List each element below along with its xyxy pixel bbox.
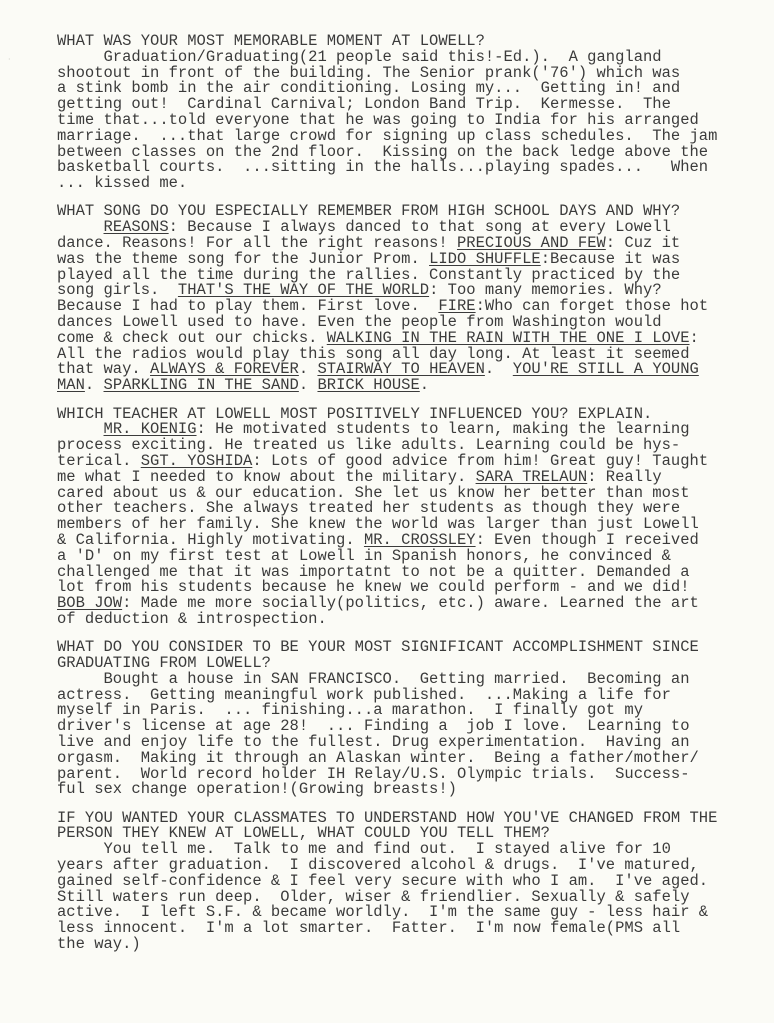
answer-text: the way.) [57,935,141,953]
section-significant-accomplishment: WHAT DO YOU CONSIDER TO BE YOUR MOST SIG… [57,640,747,798]
margin-speck: ‧ [8,55,12,61]
answer-line: ful sex change operation!(Growing breast… [57,782,747,798]
answer-text: . [85,376,104,394]
answer-text: ful sex change operation!(Growing breast… [57,780,457,798]
answer-line: less innocent. I'm a lot smarter. Fatter… [57,921,747,937]
answer-text: ... kissed me. [57,174,187,192]
answer-text: . [420,376,429,394]
section-how-changed: IF YOU WANTED YOUR CLASSMATES TO UNDERST… [57,811,747,953]
answer-text: of deduction & introspection. [57,610,327,628]
section-remembered-song: WHAT SONG DO YOU ESPECIALLY REMEMBER FRO… [57,204,747,394]
underlined-title: SPARKLING IN THE SAND [104,376,299,394]
section-influential-teacher: WHICH TEACHER AT LOWELL MOST POSITIVELY … [57,407,747,628]
section-memorable-moment: WHAT WAS YOUR MOST MEMORABLE MOMENT AT L… [57,34,747,192]
answer-text: less innocent. I'm a lot smarter. Fatter… [57,919,680,937]
answer-line: the way.) [57,937,747,953]
document-page: WHAT WAS YOUR MOST MEMORABLE MOMENT AT L… [57,34,747,953]
underlined-title: BRICK HOUSE [317,376,419,394]
answer-line: of deduction & introspection. [57,612,747,628]
answer-text: : [690,329,699,347]
answer-line: ... kissed me. [57,176,747,192]
answer-text: . [299,376,318,394]
answer-text: . [485,360,513,378]
underlined-title: MAN [57,376,85,394]
answer-line: MAN. SPARKLING IN THE SAND. BRICK HOUSE. [57,378,747,394]
underlined-title: YOU'RE STILL A YOUNG [513,360,699,378]
